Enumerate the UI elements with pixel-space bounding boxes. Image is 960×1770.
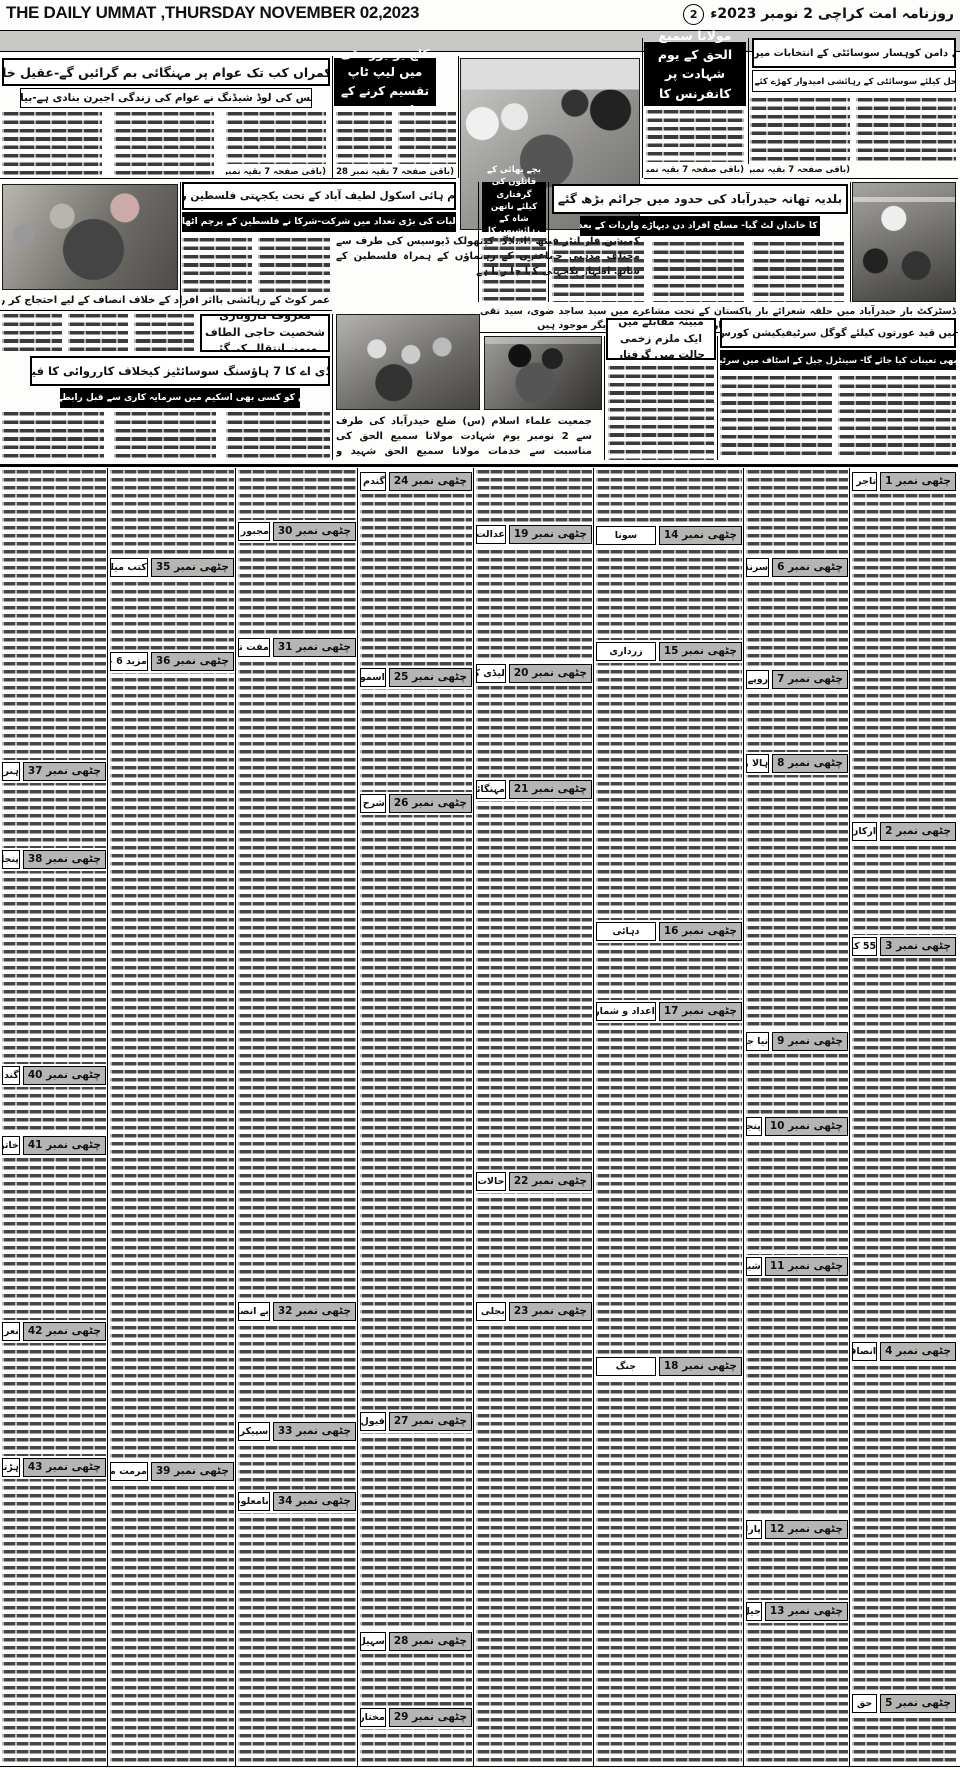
letter-number: چٹھی نمبر 26 [389,794,472,813]
letter-number: چٹھی نمبر 13 [765,1602,848,1621]
letters-column [360,470,472,1764]
text-block [2,314,62,352]
letter-header: مرمت مسجدچٹھی نمبر 39 [110,1460,234,1483]
subheadline-society-elections: مسائل کے بہتر حل کیلئے سوسائٹی کے رہائشی… [752,70,956,92]
letter-number: چٹھی نمبر 24 [389,472,472,491]
letter-number: چٹھی نمبر 15 [659,642,742,661]
letter-number: چٹھی نمبر 14 [659,526,742,545]
text-block [652,242,744,302]
letter-header: سوناچٹھی نمبر 14 [596,524,742,547]
letters-column [596,470,742,1764]
letter-topic: جنگ [596,1357,656,1376]
jump-line: (باقی صفحہ 7 بقیہ نمبر 28) [336,166,454,177]
letter-number: چٹھی نمبر 20 [509,664,592,683]
letter-number: چٹھی نمبر 25 [389,668,472,687]
letter-header: ارکانچٹھی نمبر 2 [852,820,956,843]
letter-number: چٹھی نمبر 43 [23,1458,106,1477]
column-rule [593,468,594,1766]
letter-number: چٹھی نمبر 41 [23,1136,106,1155]
letter-topic: نامعلوم [238,1492,270,1511]
letter-topic: شرح بڑھی [360,794,386,813]
headline-box-protest: بچے بھائی کے قاتلوں کی گرفتاری کیلئے نات… [482,182,546,232]
letter-header: دہائیچٹھی نمبر 16 [596,920,742,943]
letter-topic: مفت تعلیم [238,638,270,657]
letter-topic: سپیکر [238,1422,270,1441]
column-rule [107,468,108,1766]
letter-number: چٹھی نمبر 19 [509,525,592,544]
divider [644,178,958,179]
headline-hda-action: ایچ ڈی اے کا 7 ہاؤسنگ سوسائٹیز کیخلاف کا… [30,356,330,386]
text-block [336,112,392,164]
column-rule [604,336,605,460]
letter-header: مفت تعلیمچٹھی نمبر 31 [238,636,356,659]
letter-header: نعرہ تکبیرچٹھی نمبر 42 [2,1320,106,1343]
letter-number: چٹھی نمبر 40 [23,1066,106,1085]
text-block [750,98,850,162]
letter-header: زرداریچٹھی نمبر 15 [596,640,742,663]
mushaira-photo [484,336,602,410]
column-rule [748,38,749,164]
letter-topic: کتب میلہ [110,558,148,577]
letters-column [2,470,106,1764]
divider [0,178,456,179]
text-block [134,314,194,352]
column-rule [180,182,181,308]
headline-kalsoom-rally: کلثوم ہائی اسکول لطیف آباد کے تحت یکجہتی… [182,182,456,210]
letter-topic: انصاف [852,1342,877,1361]
letter-number: چٹھی نمبر 30 [273,522,356,541]
letter-topic: مرمت مسجد [110,1462,148,1481]
headline-box-kach-university: کاچ یونیورسٹی میں لیپ ٹاپ تقسیم کرنے کے … [334,58,436,106]
column-rule [332,56,333,178]
page-number-badge: 2 [683,4,704,25]
letter-topic: ہالا ریلی [746,754,769,773]
letter-topic: نیا جال [746,1032,769,1051]
letter-topic: عدالت طلب [476,525,506,544]
letter-topic: اسموگ [360,668,386,687]
text-block [68,314,128,352]
letter-number: چٹھی نمبر 22 [509,1172,592,1191]
column-rule [850,182,851,302]
headline-google-course: جیلوں میں قید عورتوں کیلئے گوگل سرٹیفیکی… [720,318,956,348]
headline-box-encounter-arrest: مبینہ مقابلے میں ایک ملزم زخمی حالت میں … [606,318,716,360]
letter-header: 55 کروڑ لٹ گئےچٹھی نمبر 3 [852,935,956,958]
letter-header: جیل ملاقات بحالچٹھی نمبر 13 [746,1600,848,1623]
letter-number: چٹھی نمبر 29 [389,1708,472,1727]
letter-header: لیڈی کارکنچٹھی نمبر 20 [476,662,592,685]
umerkot-family-photo [2,184,178,290]
text-block [720,376,832,460]
letter-topic: شیئرز فروخت [746,1257,762,1276]
letter-topic: حالات [476,1172,506,1191]
text-block [752,242,844,302]
column-rule [642,38,643,178]
jump-line: (باقی صفحہ 7 بقیہ نمبر 27) [646,164,744,175]
letter-topic: 55 کروڑ لٹ گئے [852,937,877,956]
letter-header: ہنر مندچٹھی نمبر 37 [2,760,106,783]
letter-number: چٹھی نمبر 4 [880,1342,956,1361]
letter-header: خاتون لٹ گئیچٹھی نمبر 41 [2,1134,106,1157]
letter-topic: بے انصافی [238,1302,270,1321]
jamiat-conference-photo [336,314,480,410]
letter-header: عدالت طلبچٹھی نمبر 19 [476,523,592,546]
letters-column [238,470,356,1764]
letter-number: چٹھی نمبر 23 [509,1302,592,1321]
text-block [856,98,956,162]
letter-header: فیولچٹھی نمبر 27 [360,1410,472,1433]
column-rule [743,468,744,1766]
letter-topic: خاتون لٹ گئی [2,1136,20,1155]
section-divider [0,464,958,467]
letter-number: چٹھی نمبر 10 [765,1117,848,1136]
letter-topic: مہنگائی [476,780,506,799]
letter-number: چٹھی نمبر 12 [765,1520,848,1539]
text-block [114,412,216,460]
text-block [552,242,644,302]
letter-header: مہنگائیچٹھی نمبر 21 [476,778,592,801]
letter-topic: زرداری [596,642,656,661]
letter-header: جنگچٹھی نمبر 18 [596,1355,742,1378]
letter-header: پارلیمانی لیڈرچٹھی نمبر 12 [746,1518,848,1541]
masthead-urdu-title: روزنامہ امت کراچی 2 نومبر 2023ء [710,6,954,22]
letter-number: چٹھی نمبر 37 [23,762,106,781]
letter-number: چٹھی نمبر 42 [23,1322,106,1341]
letter-header: مزید 6 جانیںچٹھی نمبر 36 [110,650,234,673]
letter-header: نیا جالچٹھی نمبر 9 [746,1030,848,1053]
letter-header: بے انصافیچٹھی نمبر 32 [238,1300,356,1323]
text-block [182,238,252,292]
letter-header: شرح بڑھیچٹھی نمبر 26 [360,792,472,815]
letter-number: چٹھی نمبر 9 [772,1032,848,1051]
divider [0,1766,960,1767]
letter-topic: ہنر مند [2,762,20,781]
letter-number: چٹھی نمبر 39 [151,1462,234,1481]
letter-number: چٹھی نمبر 27 [389,1412,472,1431]
letter-topic: ارکان [852,822,877,841]
newspaper-page: THE DAILY UMMAT ,THURSDAY NOVEMBER 02,20… [0,0,960,1770]
subheadline-kalsoom-rally: طلبا و طالبات کی بڑی تعداد میں شرکت-شرکا… [182,212,456,232]
letter-topic: جیل ملاقات بحال [746,1602,762,1621]
jump-line: (باقی صفحہ 7 بقیہ نمبر 26) [750,164,850,175]
letter-header: مختارچٹھی نمبر 29 [360,1706,472,1729]
letter-topic: گندم غائب [360,472,386,491]
letter-number: چٹھی نمبر 35 [151,558,234,577]
letter-header: سپیکرچٹھی نمبر 33 [238,1420,356,1443]
letter-number: چٹھی نمبر 34 [273,1492,356,1511]
letter-header: اسموگچٹھی نمبر 25 [360,666,472,689]
letter-topic: تاجر رضا [852,472,877,491]
text-block [838,376,956,460]
text-block [226,412,330,460]
umerkot-photo-caption: عمر کوٹ کے رہائشی بااثر افراد کے خلاف ان… [2,293,330,308]
letter-topic: مجبور کیا [238,522,270,541]
letter-header: پنجابچٹھی نمبر 38 [2,848,106,871]
letter-number: چٹھی نمبر 2 [880,822,956,841]
column-rule [473,468,474,1766]
headline-gas-story: حکمراں کب تک عوام پر مہنگائی بم گرائیں گ… [2,58,330,86]
letter-header: روپے کی بے قدریچٹھی نمبر 7 [746,668,848,691]
letter-header: گندا پانیچٹھی نمبر 40 [2,1064,106,1087]
letter-header: شیئرز فروختچٹھی نمبر 11 [746,1255,848,1278]
letter-number: چٹھی نمبر 1 [880,472,956,491]
subheadline-baldia-crimes: کوڑی کا خاندان لٹ گیا- مسلح افراد دن دیہ… [580,216,820,236]
masthead-urdu: 2 روزنامہ امت کراچی 2 نومبر 2023ء [683,2,954,26]
letter-number: چٹھی نمبر 11 [765,1257,848,1276]
letter-header: پنجاب کا فیصلہچٹھی نمبر 10 [746,1115,848,1138]
text-block [646,110,744,162]
text-block [608,366,714,460]
text-block [398,112,456,164]
letter-number: چٹھی نمبر 31 [273,638,356,657]
letter-header: مجبور کیاچٹھی نمبر 30 [238,520,356,543]
letter-header: کتب میلہچٹھی نمبر 35 [110,556,234,579]
letter-header: نامعلومچٹھی نمبر 34 [238,1490,356,1513]
headline-box-molana-conference: مولانا سمیع الحق کے یوم شہادت پر کانفرنس… [644,42,746,106]
divider [0,310,332,311]
headline-baldia-crimes: بلدیہ تھانہ حیدرآباد کی حدود میں جرائم ب… [552,184,848,214]
letter-topic: پنجاب کا فیصلہ [746,1117,762,1136]
letter-header: حالاتچٹھی نمبر 22 [476,1170,592,1193]
letters-column [852,470,956,1764]
subheadline-hda-action: عوام الناس کو کسی بھی اسکیم میں سرمایہ ک… [60,388,300,408]
letter-topic: ہڑتال [2,1458,20,1477]
text-block [482,238,546,302]
letter-number: چٹھی نمبر 36 [151,652,234,671]
column-rule [478,182,479,302]
masthead-english-title: THE DAILY UMMAT ,THURSDAY NOVEMBER 02,20… [6,3,526,27]
letter-number: چٹھی نمبر 5 [880,1694,956,1713]
letter-header: انصافچٹھی نمبر 4 [852,1340,956,1363]
letter-number: چٹھی نمبر 28 [389,1632,472,1651]
column-rule [458,56,459,178]
headline-society-elections: سائبان پینل دامن کوہسار سوسائٹی کے انتخا… [752,38,956,68]
letter-topic: مختار [360,1708,386,1727]
letter-topic: مزید 6 جانیں [110,652,148,671]
text-block [2,112,102,176]
letter-topic: فیول [360,1412,386,1431]
district-bar-meeting-photo [852,182,956,302]
subheadline-google-course: خواتین عملہ بھی تعینات کیا جائے گا- سینٹ… [720,350,956,370]
jamiat-photo-caption: جمعیت علماء اسلام (س) ضلع حیدرآباد کی طر… [336,414,592,460]
letter-header: گندم غائبچٹھی نمبر 24 [360,470,472,493]
letter-number: چٹھی نمبر 21 [509,780,592,799]
column-rule [548,182,549,302]
letter-header: بجلی بحرانچٹھی نمبر 23 [476,1300,592,1323]
letter-topic: پنجاب [2,850,20,869]
letter-number: چٹھی نمبر 18 [659,1357,742,1376]
letter-topic: سہیل نصیب [360,1632,386,1651]
letter-topic: اعداد و شمار [596,1002,656,1021]
letter-number: چٹھی نمبر 16 [659,922,742,941]
text-block [226,112,326,164]
letter-topic: دہائی [596,922,656,941]
letter-topic: گندا پانی [2,1066,20,1085]
letter-topic: حق [852,1694,877,1713]
letter-number: چٹھی نمبر 7 [772,670,848,689]
letter-header: ہالا ریلیچٹھی نمبر 8 [746,752,848,775]
column-rule [717,336,718,460]
text-block [114,112,214,176]
column-rule [332,314,333,460]
letter-topic: سرنڈر کر دیا [746,558,769,577]
letter-topic: بجلی بحران [476,1302,506,1321]
jump-line: (باقی صفحہ 7 بقیہ نمبر 29) [226,166,326,177]
letter-topic: لیڈی کارکن [476,664,506,683]
column-rule [357,468,358,1766]
letter-header: حقچٹھی نمبر 5 [852,1692,956,1715]
text-block [258,238,330,292]
letter-number: چٹھی نمبر 32 [273,1302,356,1321]
letter-number: چٹھی نمبر 17 [659,1002,742,1021]
letter-header: تاجر رضاچٹھی نمبر 1 [852,470,956,493]
letter-header: سرنڈر کر دیاچٹھی نمبر 6 [746,556,848,579]
headline-box-memon-obituary: معروف کاروباری شخصیت حاجی الطاف میمن انت… [200,314,330,352]
letter-topic: روپے کی بے قدری [746,670,769,689]
letter-topic: سونا [596,526,656,545]
letter-topic: نعرہ تکبیر [2,1322,20,1341]
letter-topic: پارلیمانی لیڈر [746,1520,762,1539]
text-block [2,412,104,460]
letter-header: سہیل نصیبچٹھی نمبر 28 [360,1630,472,1653]
letter-header: اعداد و شمارچٹھی نمبر 17 [596,1000,742,1023]
letter-number: چٹھی نمبر 8 [772,754,848,773]
column-rule [849,468,850,1766]
letter-number: چٹھی نمبر 33 [273,1422,356,1441]
letter-number: چٹھی نمبر 6 [772,558,848,577]
subheadline-gas-story: گیس کی لوڈ شیڈنگ نے عوام کی زندگی اجیرن … [20,88,312,108]
letter-header: ہڑتالچٹھی نمبر 43 [2,1456,106,1479]
column-rule [235,468,236,1766]
letter-number: چٹھی نمبر 3 [880,937,956,956]
letter-number: چٹھی نمبر 38 [23,850,106,869]
